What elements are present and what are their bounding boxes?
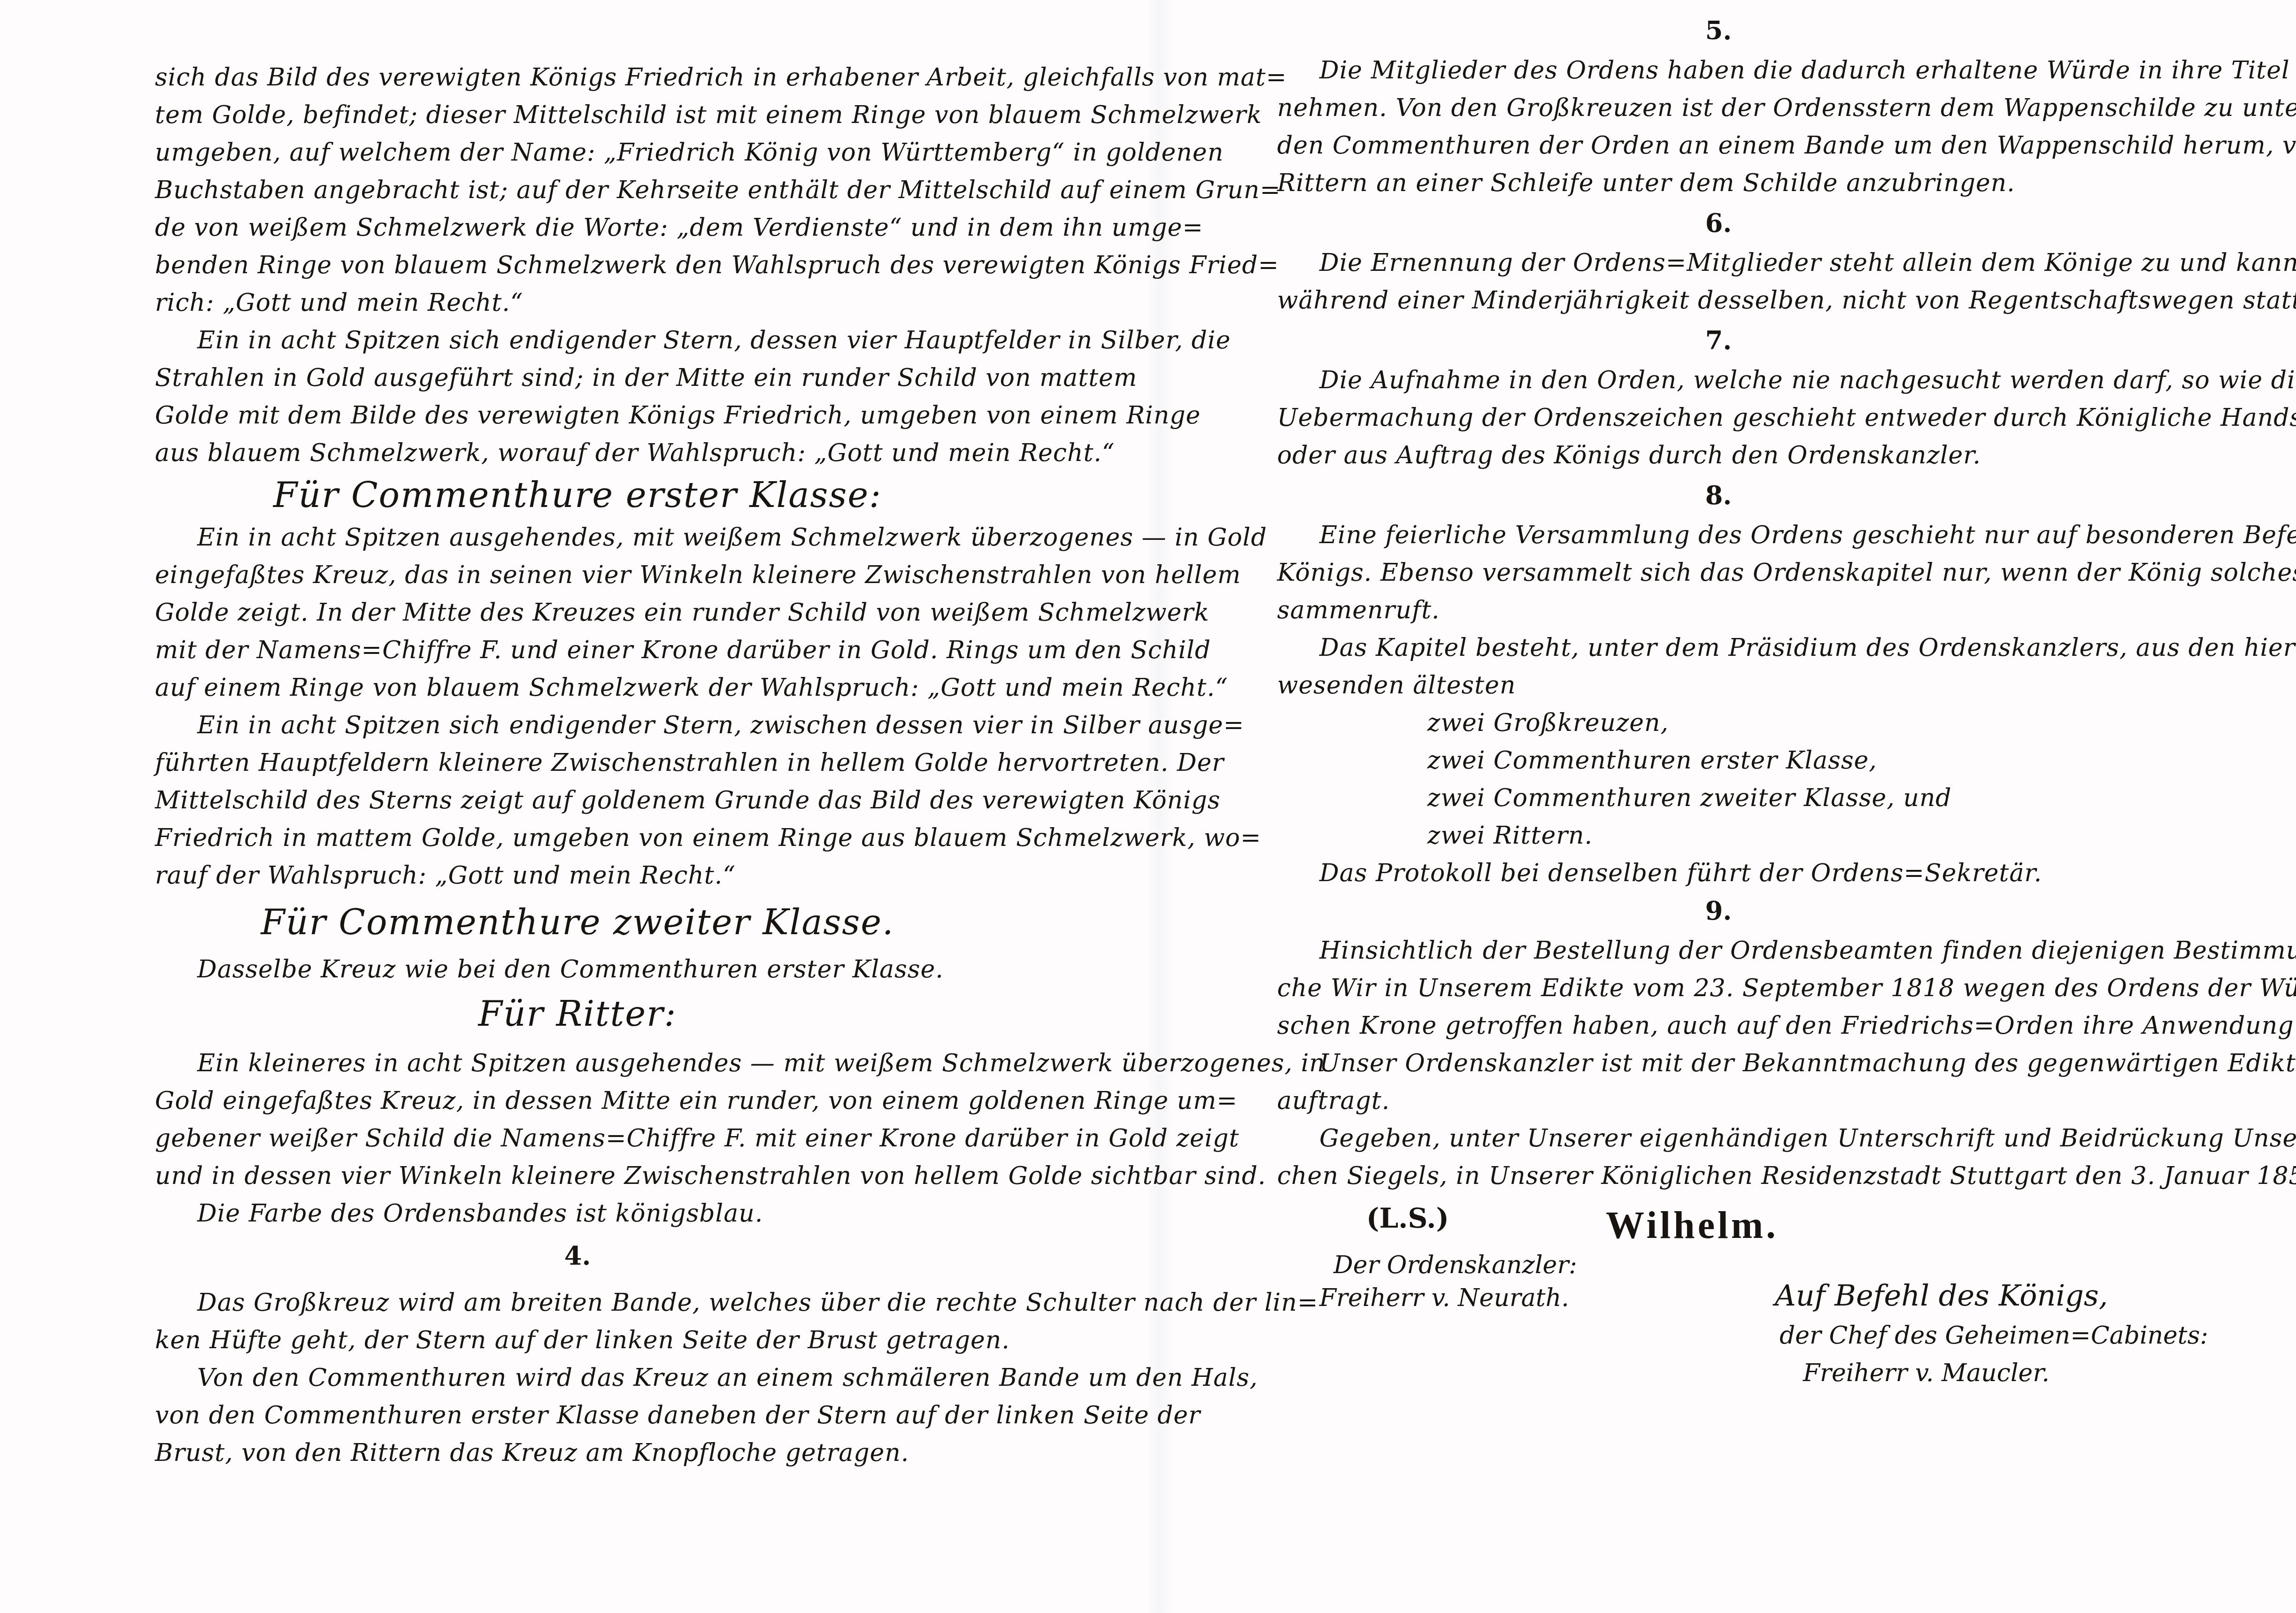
text-line: umgeben, auf welchem der Name: „Friedric… bbox=[155, 136, 1000, 169]
text-line: Rittern an einer Schleife unter dem Schi… bbox=[1277, 167, 2015, 200]
text-line: auf einem Ringe von blauem Schmelzwerk d… bbox=[155, 671, 1000, 704]
list-item: zwei Großkreuzen, bbox=[1427, 707, 1669, 739]
chancellor-title: Der Ordenskanzler: bbox=[1333, 1249, 1577, 1282]
text-line: führten Hauptfeldern kleinere Zwischenst… bbox=[155, 746, 1000, 779]
text-line: tem Golde, befindet; dieser Mittelschild… bbox=[155, 99, 1000, 131]
king-signature: Wilhelm. bbox=[1606, 1209, 1779, 1242]
text-line: oder aus Auftrag des Königs durch den Or… bbox=[1277, 439, 1981, 472]
section-number: 4. bbox=[155, 1239, 1000, 1272]
text-line: Unser Ordenskanzler ist mit der Bekanntm… bbox=[1319, 1047, 2160, 1080]
section-number: 8. bbox=[1277, 479, 2160, 512]
text-line: während einer Minderjährigkeit desselben… bbox=[1277, 284, 2296, 317]
section-number: 7. bbox=[1277, 324, 2160, 357]
section-number: 6. bbox=[1277, 207, 2160, 239]
text-line: Das Kapitel besteht, unter dem Präsidium… bbox=[1319, 631, 2160, 664]
cabinet-title: der Chef des Geheimen=Cabinets: bbox=[1780, 1319, 2208, 1352]
text-line: eingefaßtes Kreuz, das in seinen vier Wi… bbox=[155, 559, 1000, 591]
text-line: Uebermachung der Ordenszeichen geschieht… bbox=[1277, 401, 2160, 434]
section-number: 5. bbox=[1277, 14, 2160, 47]
list-item: zwei Rittern. bbox=[1427, 819, 1593, 852]
text-line: Strahlen in Gold ausgeführt sind; in der… bbox=[155, 361, 1000, 394]
text-line: Eine feierliche Versammlung des Ordens g… bbox=[1319, 519, 2160, 552]
list-item: zwei Commenthuren zweiter Klasse, und bbox=[1427, 782, 1952, 814]
text-line: und in dessen vier Winkeln kleinere Zwis… bbox=[155, 1160, 1000, 1192]
section-heading: Für Commenthure erster Klasse: bbox=[155, 474, 1000, 516]
text-line: von den Commenthuren erster Klasse daneb… bbox=[155, 1399, 1000, 1432]
text-line: mit der Namens=Chiffre F. und einer Kron… bbox=[155, 634, 1000, 667]
text-line: Golde mit dem Bilde des verewigten König… bbox=[155, 399, 1000, 432]
section-heading: Für Ritter: bbox=[155, 993, 1000, 1035]
text-line: Golde zeigt. In der Mitte des Kreuzes ei… bbox=[155, 596, 1000, 629]
text-line: Friedrich in mattem Golde, umgeben von e… bbox=[155, 822, 1000, 854]
text-line: Die Farbe des Ordensbandes ist königsbla… bbox=[197, 1197, 763, 1230]
text-line: Ein in acht Spitzen sich endigender Ster… bbox=[197, 709, 1000, 742]
order-line: Auf Befehl des Königs, bbox=[1775, 1279, 2108, 1312]
text-line: sammenruft. bbox=[1277, 594, 1440, 627]
text-line: de von weißem Schmelzwerk die Worte: „de… bbox=[155, 211, 1000, 244]
text-line: ken Hüfte geht, der Stern auf der linken… bbox=[155, 1324, 1010, 1357]
text-line: Hinsichtlich der Bestellung der Ordensbe… bbox=[1319, 934, 2160, 967]
text-line: Mittelschild des Sterns zeigt auf golden… bbox=[155, 784, 1000, 817]
right-page: 5. Die Mitglieder des Ordens haben die d… bbox=[1277, 0, 2160, 1613]
text-line: Die Aufnahme in den Orden, welche nie na… bbox=[1319, 364, 2160, 397]
section-number: 9. bbox=[1277, 894, 2160, 927]
text-line: che Wir in Unserem Edikte vom 23. Septem… bbox=[1277, 972, 2160, 1005]
text-line: Von den Commenthuren wird das Kreuz an e… bbox=[197, 1361, 1000, 1394]
text-line: sich das Bild des verewigten Königs Frie… bbox=[155, 61, 1000, 94]
text-line: benden Ringe von blauem Schmelzwerk den … bbox=[155, 249, 1000, 282]
left-page-content: sich das Bild des verewigten Königs Frie… bbox=[155, 0, 1000, 1613]
text-line: Ein kleineres in acht Spitzen ausgehende… bbox=[197, 1047, 1000, 1080]
text-line: Buchstaben angebracht ist; auf der Kehrs… bbox=[155, 174, 1000, 207]
text-line: Königs. Ebenso versammelt sich das Orden… bbox=[1277, 556, 2160, 589]
text-line: Das Großkreuz wird am breiten Bande, wel… bbox=[197, 1286, 1000, 1319]
chancellor-name: Freiherr v. Neurath. bbox=[1319, 1282, 1569, 1314]
section-heading: Für Commenthure zweiter Klasse. bbox=[155, 901, 1000, 944]
text-line: Dasselbe Kreuz wie bei den Commenthuren … bbox=[197, 953, 944, 986]
text-line: Gold eingefaßtes Kreuz, in dessen Mitte … bbox=[155, 1084, 1000, 1117]
text-line: chen Siegels, in Unserer Königlichen Res… bbox=[1277, 1160, 2296, 1192]
text-line: Brust, von den Rittern das Kreuz am Knop… bbox=[155, 1436, 909, 1469]
text-line: gebener weißer Schild die Namens=Chiffre… bbox=[155, 1122, 1000, 1155]
cabinet-name: Freiherr v. Maucler. bbox=[1803, 1357, 2049, 1390]
text-line: den Commenthuren der Orden an einem Band… bbox=[1277, 129, 2160, 162]
text-line: rich: „Gott und mein Recht.“ bbox=[155, 286, 523, 319]
seal-mark: (L.S.) bbox=[1366, 1202, 1449, 1235]
text-line: auftragt. bbox=[1277, 1084, 1390, 1117]
text-line: Die Mitglieder des Ordens haben die dadu… bbox=[1319, 54, 2160, 87]
text-line: Das Protokoll bei denselben führt der Or… bbox=[1319, 857, 2042, 890]
text-line: nehmen. Von den Großkreuzen ist der Orde… bbox=[1277, 92, 2160, 124]
text-line: wesenden ältesten bbox=[1277, 669, 1516, 702]
text-line: schen Krone getroffen haben, auch auf de… bbox=[1277, 1009, 2296, 1042]
list-item: zwei Commenthuren erster Klasse, bbox=[1427, 744, 1877, 777]
text-line: Ein in acht Spitzen sich endigender Ster… bbox=[197, 324, 1000, 357]
text-line: rauf der Wahlspruch: „Gott und mein Rech… bbox=[155, 859, 736, 892]
text-line: aus blauem Schmelzwerk, worauf der Wahls… bbox=[155, 437, 1115, 469]
text-line: Gegeben, unter Unserer eigenhändigen Unt… bbox=[1319, 1122, 2160, 1155]
text-line: Die Ernennung der Ordens=Mitglieder steh… bbox=[1319, 246, 2160, 279]
text-line: Ein in acht Spitzen ausgehendes, mit wei… bbox=[197, 521, 1000, 554]
